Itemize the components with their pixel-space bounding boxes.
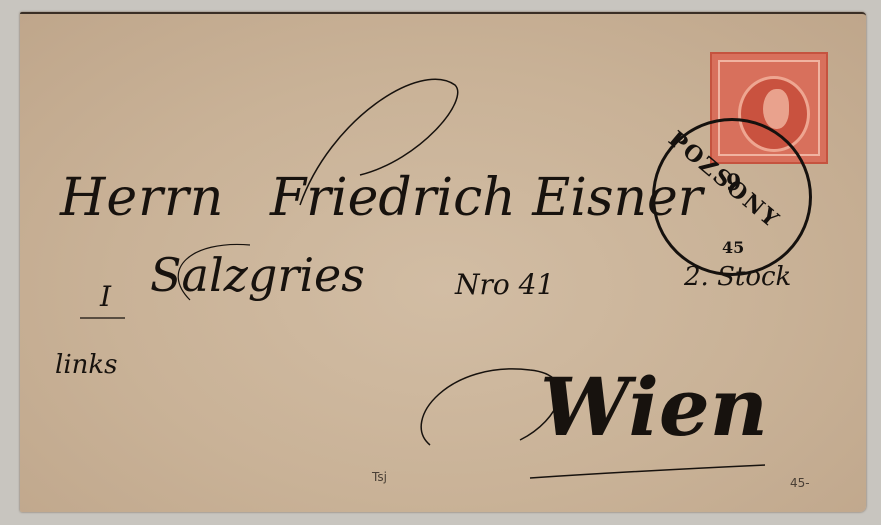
- portrait-head-icon: [763, 89, 789, 129]
- city: Wien: [540, 360, 768, 454]
- side-note: links: [55, 350, 117, 380]
- salutation: Herrn: [60, 168, 224, 228]
- postmark-year: 45: [722, 238, 744, 257]
- recipient-name: Friedrich Eisner: [270, 168, 703, 228]
- floor-roman: I: [100, 280, 111, 313]
- floor-note: 2. Stock: [684, 262, 791, 292]
- street: Salzgries: [150, 248, 365, 302]
- pencil-note-2: 45-: [790, 476, 810, 490]
- pencil-note-1: Tsj: [372, 470, 387, 484]
- postmark-day: 9: [726, 170, 741, 196]
- house-number: Nro 41: [455, 268, 554, 301]
